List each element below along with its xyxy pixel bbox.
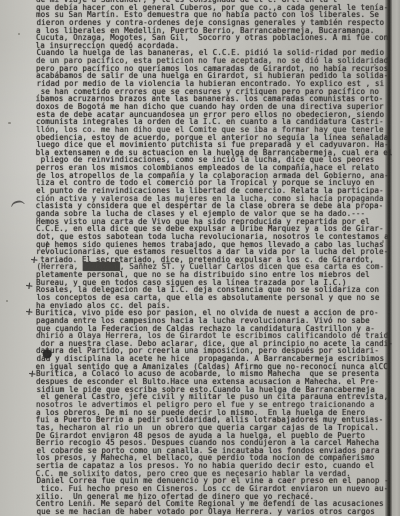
scan-edge-strip <box>392 0 400 516</box>
scan-speck <box>120 508 122 510</box>
text-line: clasista y considera que el despertar de… <box>36 202 392 210</box>
typewritten-lines: de mi viaje a Santander, y le es consign… <box>36 0 392 516</box>
scan-speck <box>382 240 384 243</box>
text-line: bla extensamen e de su actuacion en la h… <box>36 149 392 157</box>
text-line: el cobarde se porto como un canalla. Se … <box>37 447 393 455</box>
text-line: fui a Puerto Berrio a pedir solidaridad,… <box>36 416 392 424</box>
text-line: esta de debe acatar auncuandosea un erro… <box>37 111 393 119</box>
text-line: (Herrera, ████████, Sañhez ST. y Cuellar… <box>37 263 393 271</box>
scan-speck <box>330 20 332 22</box>
scan-edge-line <box>385 0 392 516</box>
text-line: nosotros le advertimos el peligro pero e… <box>36 401 392 409</box>
scan-speck <box>60 452 62 454</box>
text-line: dieron ordenes y contra-ordenes deje con… <box>37 19 393 27</box>
scan-speck <box>18 33 20 35</box>
text-line: los conceptos de esa carta, que ella es … <box>37 294 393 302</box>
text-line: Buritica, vivo pide eso por pasion, el n… <box>36 309 392 317</box>
text-line: de un paro pacífico, esta peticion no fu… <box>36 57 392 65</box>
text-line: dot, que estos sabotean toda lucha revol… <box>37 233 393 241</box>
text-line: en igual sentido que a Amanizales (Calda… <box>36 363 392 371</box>
text-line: Daniel Correa fue quin me denuencio y po… <box>37 477 393 485</box>
text-line: ridad por medio de la violencia la hubie… <box>37 80 393 88</box>
scanned-document-page: { "document": { "kind": "scanned typewri… <box>0 0 400 516</box>
scan-speck <box>8 122 11 124</box>
text-line: íbamos acruzarnos brazos ante las banane… <box>36 96 392 104</box>
text-line: sidium le pide que escriba sobre esto.Cu… <box>37 386 393 394</box>
scan-speck <box>6 300 8 302</box>
text-line: que se me hacian de haber votado por Ola… <box>37 508 393 516</box>
text-line: dhirió a Olaya Herrera, los de Girardot … <box>36 332 392 340</box>
text-line: de los atropellos de la compañía y la co… <box>37 172 393 180</box>
scan-speck <box>374 64 376 66</box>
text-line: llón, los co. me han diho que el Comite … <box>36 126 392 134</box>
